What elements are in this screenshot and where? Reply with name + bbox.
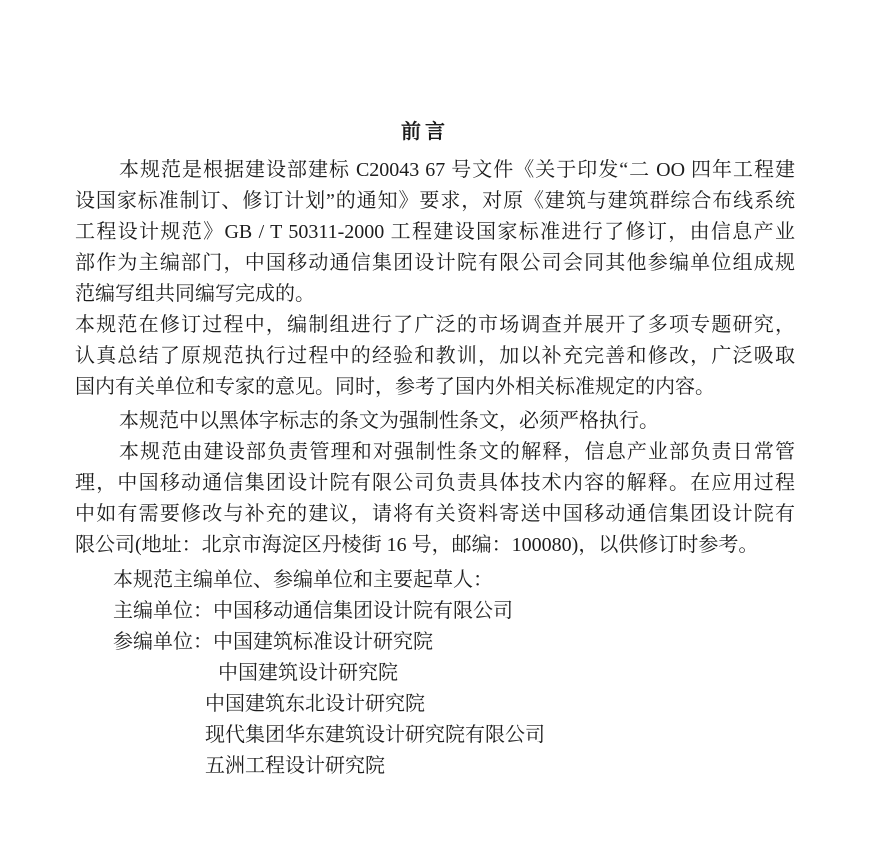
text-line: 工程设计规范》GB / T 50311-2000 工程建设国家标准进行了修订，由… — [75, 217, 795, 248]
text-line: 理，中国移动通信集团设计院有限公司负责具体技术内容的解释。在应用过程 — [75, 468, 795, 499]
text-line: 认真总结了原规范执行过程中的经验和教训，加以补充完善和修改，广泛吸取 — [75, 341, 795, 372]
text-line: 中如有需要修改与补充的建议，请将有关资料寄送中国移动通信集团设计院有 — [75, 499, 795, 530]
text-line-participating-unit: 五洲工程设计研究院 — [75, 751, 795, 782]
text-line-participating-unit: 参编单位：中国建筑标准设计研究院 — [75, 627, 795, 658]
text-line-participating-unit: 中国建筑东北设计研究院 — [75, 689, 795, 720]
text-line-chief-editor-unit: 主编单位：中国移动通信集团设计院有限公司 — [75, 596, 795, 627]
text-line: 本规范中以黑体字标志的条文为强制性条文，必须严格执行。 — [75, 406, 795, 437]
text-line: 国内有关单位和专家的意见。同时，参考了国内外相关标准规定的内容。 — [75, 372, 795, 403]
text-line: 限公司(地址：北京市海淀区丹棱街 16 号，邮编：100080)，以供修订时参考… — [75, 530, 795, 561]
text-line: 范编写组共同编写完成的。 — [75, 279, 795, 310]
text-line: 本规范主编单位、参编单位和主要起草人： — [75, 565, 795, 596]
text-line: 本规范由建设部负责管理和对强制性条文的解释，信息产业部负责日常管 — [75, 437, 795, 468]
text-line-participating-unit: 现代集团华东建筑设计研究院有限公司 — [75, 720, 795, 751]
text-line-participating-unit: 中国建筑设计研究院 — [75, 658, 795, 689]
text-line: 本规范在修订过程中，编制组进行了广泛的市场调查并展开了多项专题研究， — [75, 310, 795, 341]
document-body: 本规范是根据建设部建标 C20043 67 号文件《关于印发“二 OO 四年工程… — [75, 155, 795, 782]
page-title: 前言 — [75, 117, 775, 148]
text-line: 本规范是根据建设部建标 C20043 67 号文件《关于印发“二 OO 四年工程… — [75, 155, 795, 186]
text-line: 部作为主编部门，中国移动通信集团设计院有限公司会同其他参编单位组成规 — [75, 248, 795, 279]
text-line: 设国家标准制订、修订计划”的通知》要求，对原《建筑与建筑群综合布线系统 — [75, 186, 795, 217]
document-page: 前言 本规范是根据建设部建标 C20043 67 号文件《关于印发“二 OO 四… — [0, 0, 870, 842]
